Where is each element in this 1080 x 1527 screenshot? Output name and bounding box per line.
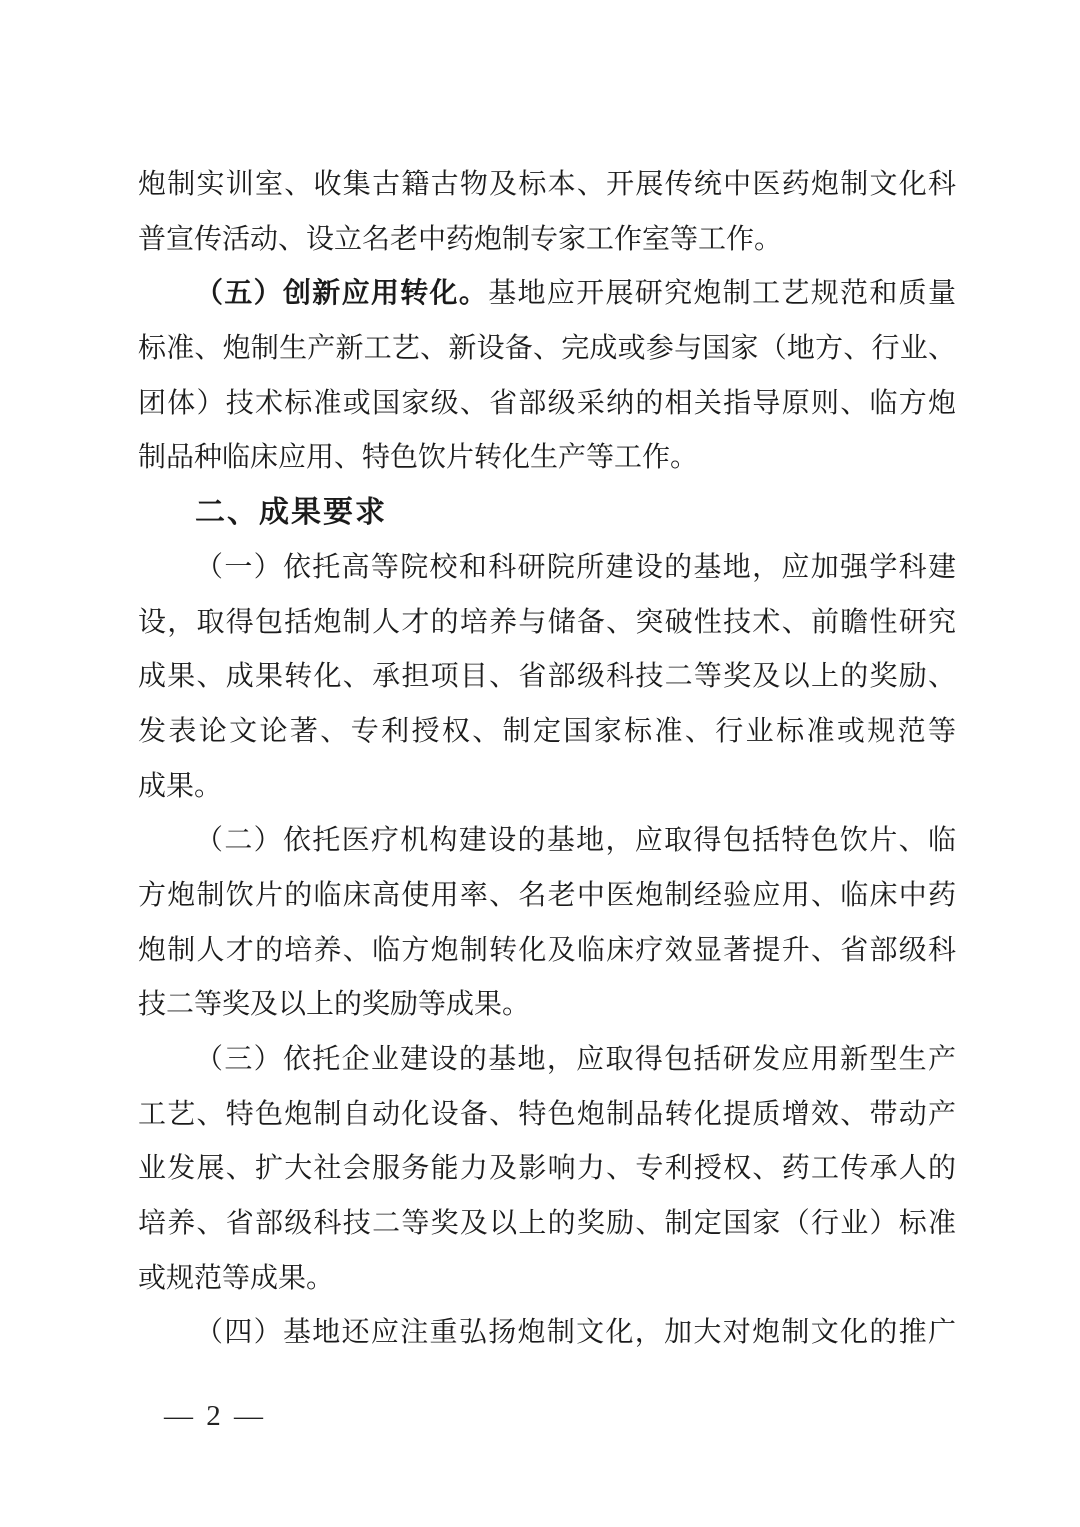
text-run: （一）依托高等院校和科研院所建设的基地，应加强学科建 bbox=[195, 552, 956, 583]
text-run: 设，取得包括炮制人才的培养与储备、突破性技术、前瞻性研究 bbox=[138, 607, 956, 638]
text-line: 标准、炮制生产新工艺、新设备、完成或参与国家（地方、行业、 bbox=[138, 322, 956, 377]
text-line: 方炮制饮片的临床高使用率、名老中医炮制经验应用、临床中药 bbox=[138, 869, 956, 924]
text-line: 成果、成果转化、承担项目、省部级科技二等奖及以上的奖励、 bbox=[138, 650, 956, 705]
document-page: 炮制实训室、收集古籍古物及标本、开展传统中医药炮制文化科普宣传活动、设立名老中药… bbox=[0, 0, 1080, 1527]
text-line: 业发展、扩大社会服务能力及影响力、专利授权、药工传承人的 bbox=[138, 1142, 956, 1197]
text-run: 业发展、扩大社会服务能力及影响力、专利授权、药工传承人的 bbox=[138, 1153, 956, 1184]
document-body: 炮制实训室、收集古籍古物及标本、开展传统中医药炮制文化科普宣传活动、设立名老中药… bbox=[138, 158, 956, 1361]
text-line: 普宣传活动、设立名老中药炮制专家工作室等工作。 bbox=[138, 213, 956, 268]
text-run: 培养、省部级科技二等奖及以上的奖励、制定国家（行业）标准 bbox=[138, 1208, 956, 1239]
text-run: 普宣传活动、设立名老中药炮制专家工作室等工作。 bbox=[138, 224, 782, 255]
text-line: （二）依托医疗机构建设的基地，应取得包括特色饮片、临 bbox=[138, 814, 956, 869]
text-line: 炮制人才的培养、临方炮制转化及临床疗效显著提升、省部级科 bbox=[138, 924, 956, 979]
text-line: 工艺、特色炮制自动化设备、特色炮制品转化提质增效、带动产 bbox=[138, 1088, 956, 1143]
text-run: 制品种临床应用、特色饮片转化生产等工作。 bbox=[138, 442, 698, 473]
text-run: 工艺、特色炮制自动化设备、特色炮制品转化提质增效、带动产 bbox=[138, 1099, 956, 1130]
bold-text-run: （五）创新应用转化。 bbox=[195, 278, 488, 309]
section-heading: 二、成果要求 bbox=[195, 496, 387, 529]
text-run: 方炮制饮片的临床高使用率、名老中医炮制经验应用、临床中药 bbox=[138, 880, 956, 911]
text-run: 标准、炮制生产新工艺、新设备、完成或参与国家（地方、行业、 bbox=[138, 333, 956, 364]
text-run: 技二等奖及以上的奖励等成果。 bbox=[138, 989, 530, 1020]
text-run: 成果、成果转化、承担项目、省部级科技二等奖及以上的奖励、 bbox=[138, 661, 956, 692]
text-line: （一）依托高等院校和科研院所建设的基地，应加强学科建 bbox=[138, 541, 956, 596]
text-line: 炮制实训室、收集古籍古物及标本、开展传统中医药炮制文化科 bbox=[138, 158, 956, 213]
text-line: （四）基地还应注重弘扬炮制文化，加大对炮制文化的推广 bbox=[138, 1306, 956, 1361]
text-run: 基地应开展研究炮制工艺规范和质量 bbox=[488, 278, 956, 309]
text-line: （三）依托企业建设的基地，应取得包括研发应用新型生产 bbox=[138, 1033, 956, 1088]
text-line: 设，取得包括炮制人才的培养与储备、突破性技术、前瞻性研究 bbox=[138, 596, 956, 651]
page-number: — 2 — bbox=[164, 1396, 266, 1436]
text-run: 成果。 bbox=[138, 771, 222, 802]
text-run: 炮制实训室、收集古籍古物及标本、开展传统中医药炮制文化科 bbox=[138, 169, 956, 200]
text-line: 培养、省部级科技二等奖及以上的奖励、制定国家（行业）标准 bbox=[138, 1197, 956, 1252]
text-run: （三）依托企业建设的基地，应取得包括研发应用新型生产 bbox=[195, 1044, 956, 1075]
text-run: 炮制人才的培养、临方炮制转化及临床疗效显著提升、省部级科 bbox=[138, 935, 956, 966]
text-run: 团体）技术标准或国家级、省部级采纳的相关指导原则、临方炮 bbox=[138, 388, 956, 419]
text-run: （四）基地还应注重弘扬炮制文化，加大对炮制文化的推广 bbox=[195, 1317, 956, 1348]
text-run: （二）依托医疗机构建设的基地，应取得包括特色饮片、临 bbox=[195, 825, 956, 856]
text-line: 成果。 bbox=[138, 760, 956, 815]
text-line: 二、成果要求 bbox=[138, 486, 956, 541]
text-run: 或规范等成果。 bbox=[138, 1263, 334, 1294]
text-run: 发表论文论著、专利授权、制定国家标准、行业标准或规范等 bbox=[138, 716, 956, 747]
text-line: 制品种临床应用、特色饮片转化生产等工作。 bbox=[138, 431, 956, 486]
text-line: （五）创新应用转化。基地应开展研究炮制工艺规范和质量 bbox=[138, 267, 956, 322]
text-line: 发表论文论著、专利授权、制定国家标准、行业标准或规范等 bbox=[138, 705, 956, 760]
text-line: 团体）技术标准或国家级、省部级采纳的相关指导原则、临方炮 bbox=[138, 377, 956, 432]
text-line: 或规范等成果。 bbox=[138, 1252, 956, 1307]
text-line: 技二等奖及以上的奖励等成果。 bbox=[138, 978, 956, 1033]
